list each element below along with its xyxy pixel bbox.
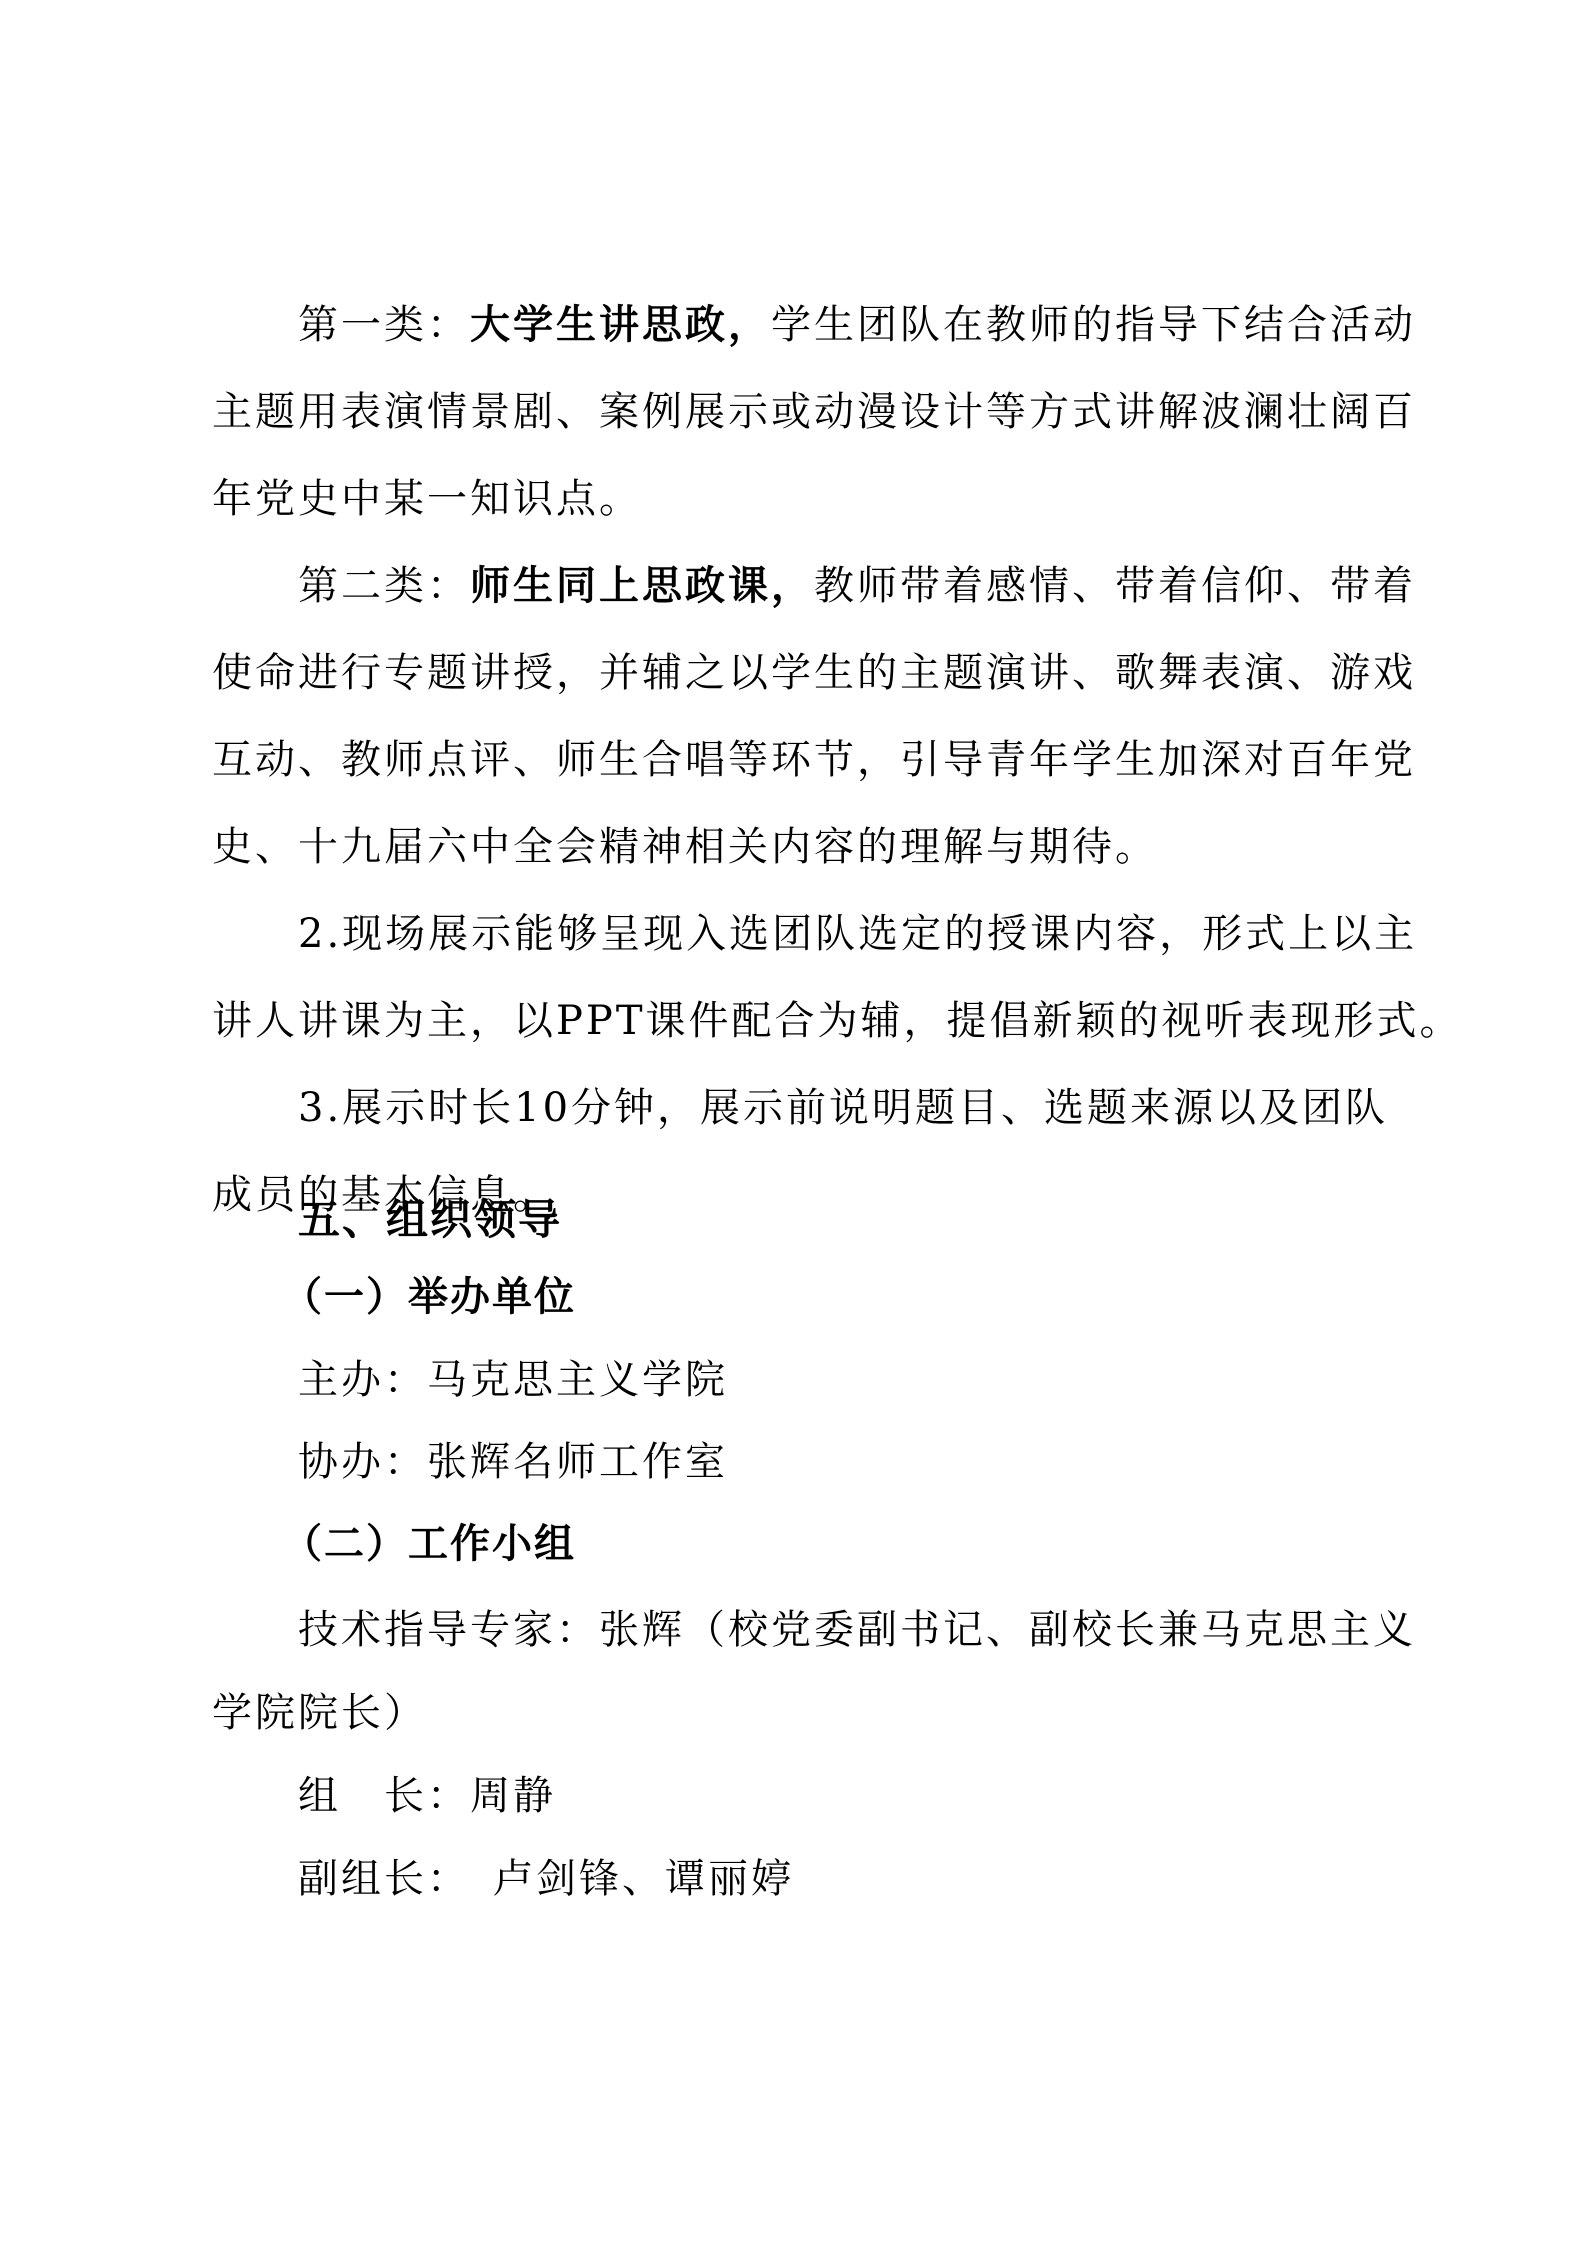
- subsection-heading-work-group: （二）工作小组: [282, 1514, 576, 1574]
- paragraph-category-1-line-2: 主题用表演情景剧、案例展示或动漫设计等方式讲解波澜壮阔百: [212, 382, 1416, 442]
- paragraph-category-2-line-1: 第二类：师生同上思政课，教师带着感情、带着信仰、带着: [298, 556, 1416, 616]
- paragraph-item-2-line-1: 2.现场展示能够呈现入选团队选定的授课内容，形式上以主: [298, 904, 1417, 964]
- subsection-heading-host-units: （一）举办单位: [282, 1267, 576, 1327]
- category-label: 第二类：: [298, 563, 470, 609]
- category-label: 第一类：: [298, 302, 470, 348]
- paragraph-category-1-line-3: 年党史中某一知识点。: [212, 469, 642, 529]
- paragraph-category-2-line-4: 史、十九届六中全会精神相关内容的理解与期待。: [212, 817, 1158, 877]
- co-host-unit: 协办：张辉名师工作室: [298, 1432, 728, 1492]
- category-title: 师生同上思政课，: [470, 563, 814, 609]
- host-unit: 主办：马克思主义学院: [298, 1350, 728, 1410]
- category-text: 教师带着感情、带着信仰、带着: [814, 563, 1416, 609]
- deputy-group-leaders: 副组长： 卢剑锋、谭丽婷: [298, 1849, 794, 1909]
- category-text: 学生团队在教师的指导下结合活动: [771, 302, 1416, 348]
- section-heading-organization: 五、组织领导: [298, 1190, 562, 1250]
- paragraph-item-3-line-1: 3.展示时长10分钟，展示前说明题目、选题来源以及团队: [298, 1078, 1388, 1138]
- paragraph-category-2-line-2: 使命进行专题讲授，并辅之以学生的主题演讲、歌舞表演、游戏: [212, 643, 1416, 703]
- technical-advisor-line-2: 学院院长）: [212, 1683, 427, 1743]
- paragraph-category-1-line-1: 第一类：大学生讲思政，学生团队在教师的指导下结合活动: [298, 295, 1416, 355]
- technical-advisor-line-1: 技术指导专家：张辉（校党委副书记、副校长兼马克思主义: [298, 1600, 1416, 1660]
- paragraph-category-2-line-3: 互动、教师点评、师生合唱等环节，引导青年学生加深对百年党: [212, 730, 1416, 790]
- paragraph-item-2-line-2: 讲人讲课为主，以PPT课件配合为辅，提倡新颖的视听表现形式。: [212, 991, 1463, 1051]
- category-title: 大学生讲思政，: [470, 302, 771, 348]
- group-leader: 组 长：周静: [298, 1766, 556, 1826]
